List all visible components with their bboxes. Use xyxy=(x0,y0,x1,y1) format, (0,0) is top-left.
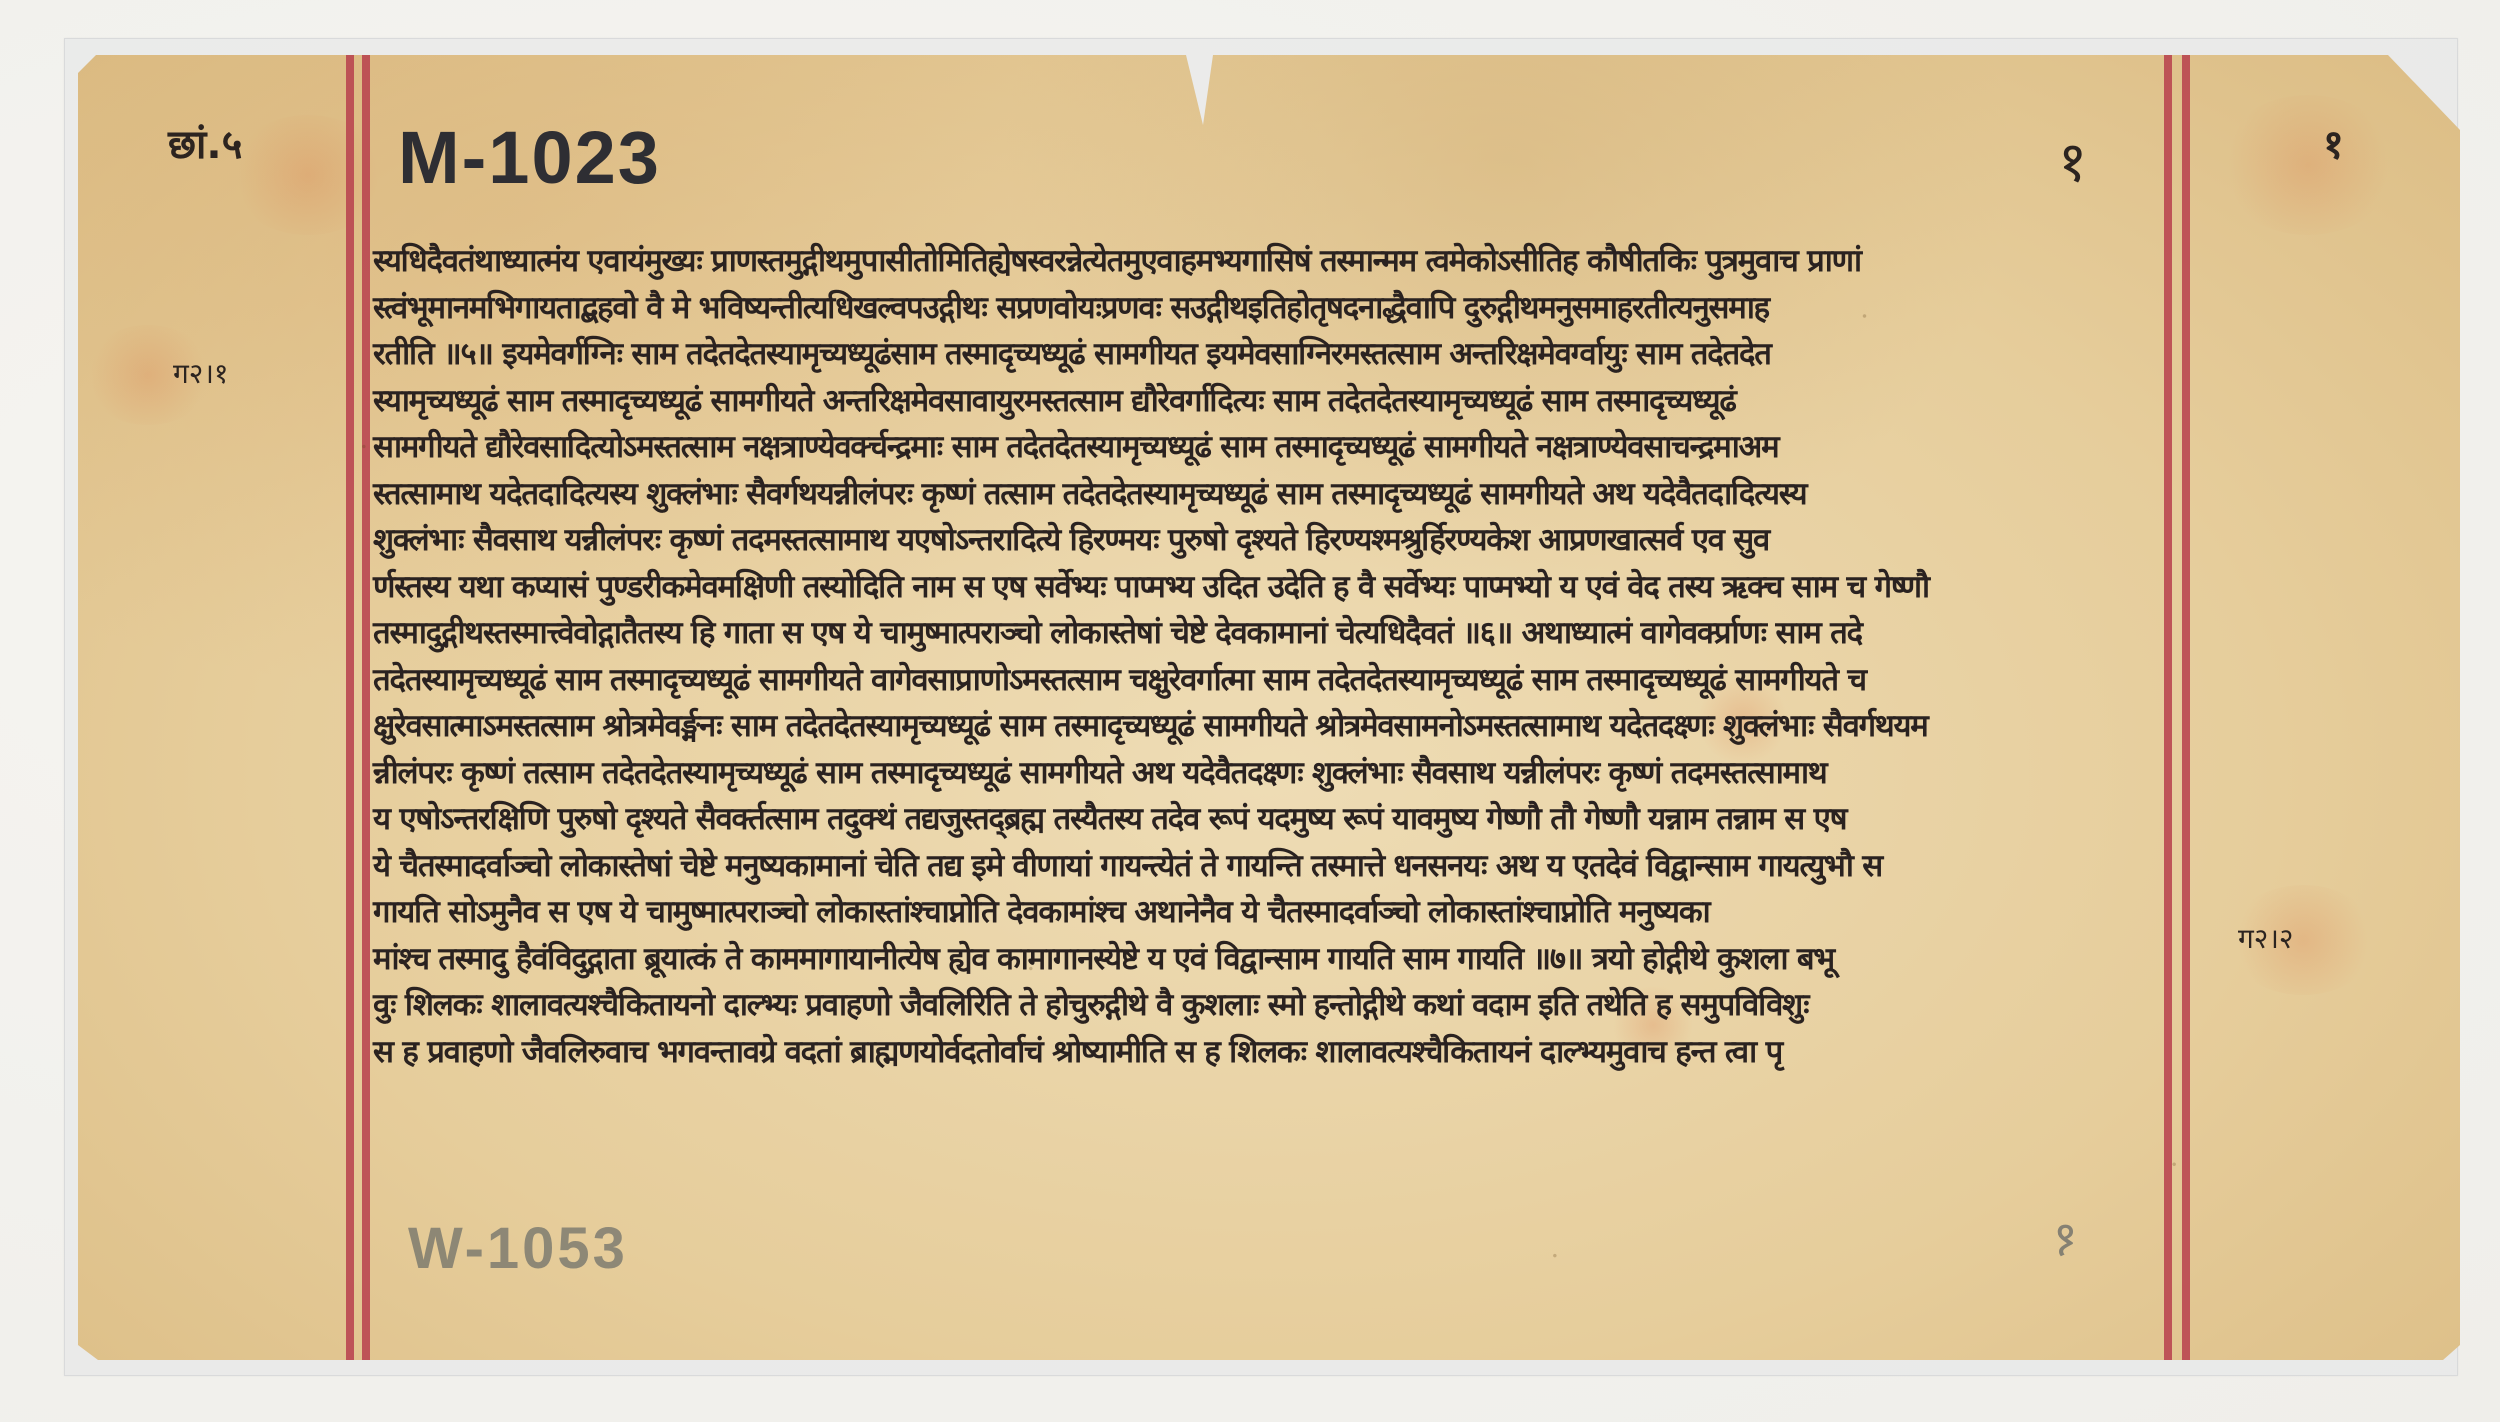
text-line: क्षुरेवसात्माऽमस्तत्साम श्रोत्रमेवर्ङ्मन… xyxy=(373,703,2163,750)
margin-verse-reference-right: ग२।२ xyxy=(2238,925,2294,953)
manuscript-folio: छां.५ ग२।१ ग२।२ १ १ M-1023 W-1053 १ स्यध… xyxy=(78,55,2460,1360)
accession-number: M-1023 xyxy=(398,115,661,200)
right-border-rule xyxy=(2164,55,2172,1360)
text-line: र्णस्तस्य यथा कप्यासं पुण्डरीकमेवमक्षिणी… xyxy=(373,564,2163,611)
offset-folio-mark: १ xyxy=(2053,1205,2078,1270)
text-line: गायति सोऽमुनैव स एष ये चामुष्मात्पराञ्चो… xyxy=(373,889,2163,936)
text-line: तदेतस्यामृच्यध्यूढं साम तस्मादृच्यध्यूढं… xyxy=(373,657,2163,704)
text-line: स ह प्रवाहणो जैवलिरुवाच भगवन्तावग्रे वदत… xyxy=(373,1029,2163,1076)
right-border-rule xyxy=(2182,55,2190,1360)
text-line: स्तत्सामाथ यदेतदादित्यस्य शुक्लंभाः सैवर… xyxy=(373,471,2163,518)
manuscript-text-block: स्यधिदैवतंथाध्यात्मंय एवायंमुख्यः प्राणस… xyxy=(373,238,2163,1075)
text-line: वुः शिलकः शालावत्यश्चैकितायनो दाल्भ्यः प… xyxy=(373,982,2163,1029)
text-line: शुक्लंभाः सैवसाथ यन्नीलंपरः कृष्णं तदमस्… xyxy=(373,517,2163,564)
text-line: स्यामृच्यध्यूढं साम तस्मादृच्यध्यूढं साम… xyxy=(373,378,2163,425)
text-line: ये चैतस्मादर्वाञ्चो लोकास्तेषां चेष्टे म… xyxy=(373,843,2163,890)
text-line: न्नीलंपरः कृष्णं तत्साम तदेतदेतस्यामृच्य… xyxy=(373,750,2163,797)
text-line: तस्मादुद्गीथस्तस्मात्त्वेवोद्गातैतस्य हि… xyxy=(373,610,2163,657)
text-line: स्यधिदैवतंथाध्यात्मंय एवायंमुख्यः प्राणस… xyxy=(373,238,2163,285)
text-line: मांश्च तस्मादु हैवंविदुद्गाता ब्रूयात्कं… xyxy=(373,936,2163,983)
folio-number: १ xyxy=(2058,135,2087,191)
text-line: य एषोऽन्तरक्षिणि पुरुषो दृश्यते सैवर्क्त… xyxy=(373,796,2163,843)
text-line: रतीति ॥५॥ इयमेवर्गग्निः साम तदेतदेतस्याम… xyxy=(373,331,2163,378)
folio-number-margin: १ xyxy=(2323,125,2344,165)
offset-accession-mark: W-1053 xyxy=(408,1215,628,1282)
margin-title-abbreviation: छां.५ xyxy=(168,125,242,165)
stain xyxy=(2218,95,2398,235)
margin-verse-reference-left: ग२।१ xyxy=(173,360,229,388)
left-border-rule xyxy=(362,55,370,1360)
scan-background: छां.५ ग२।१ ग२।२ १ १ M-1023 W-1053 १ स्यध… xyxy=(0,0,2500,1422)
left-border-rule xyxy=(346,55,354,1360)
text-line: सामगीयते द्यौरेवसादित्योऽमस्तत्साम नक्षत… xyxy=(373,424,2163,471)
text-line: स्त्वंभूमानमभिगायताद्बहवो वै मे भविष्यन्… xyxy=(373,285,2163,332)
